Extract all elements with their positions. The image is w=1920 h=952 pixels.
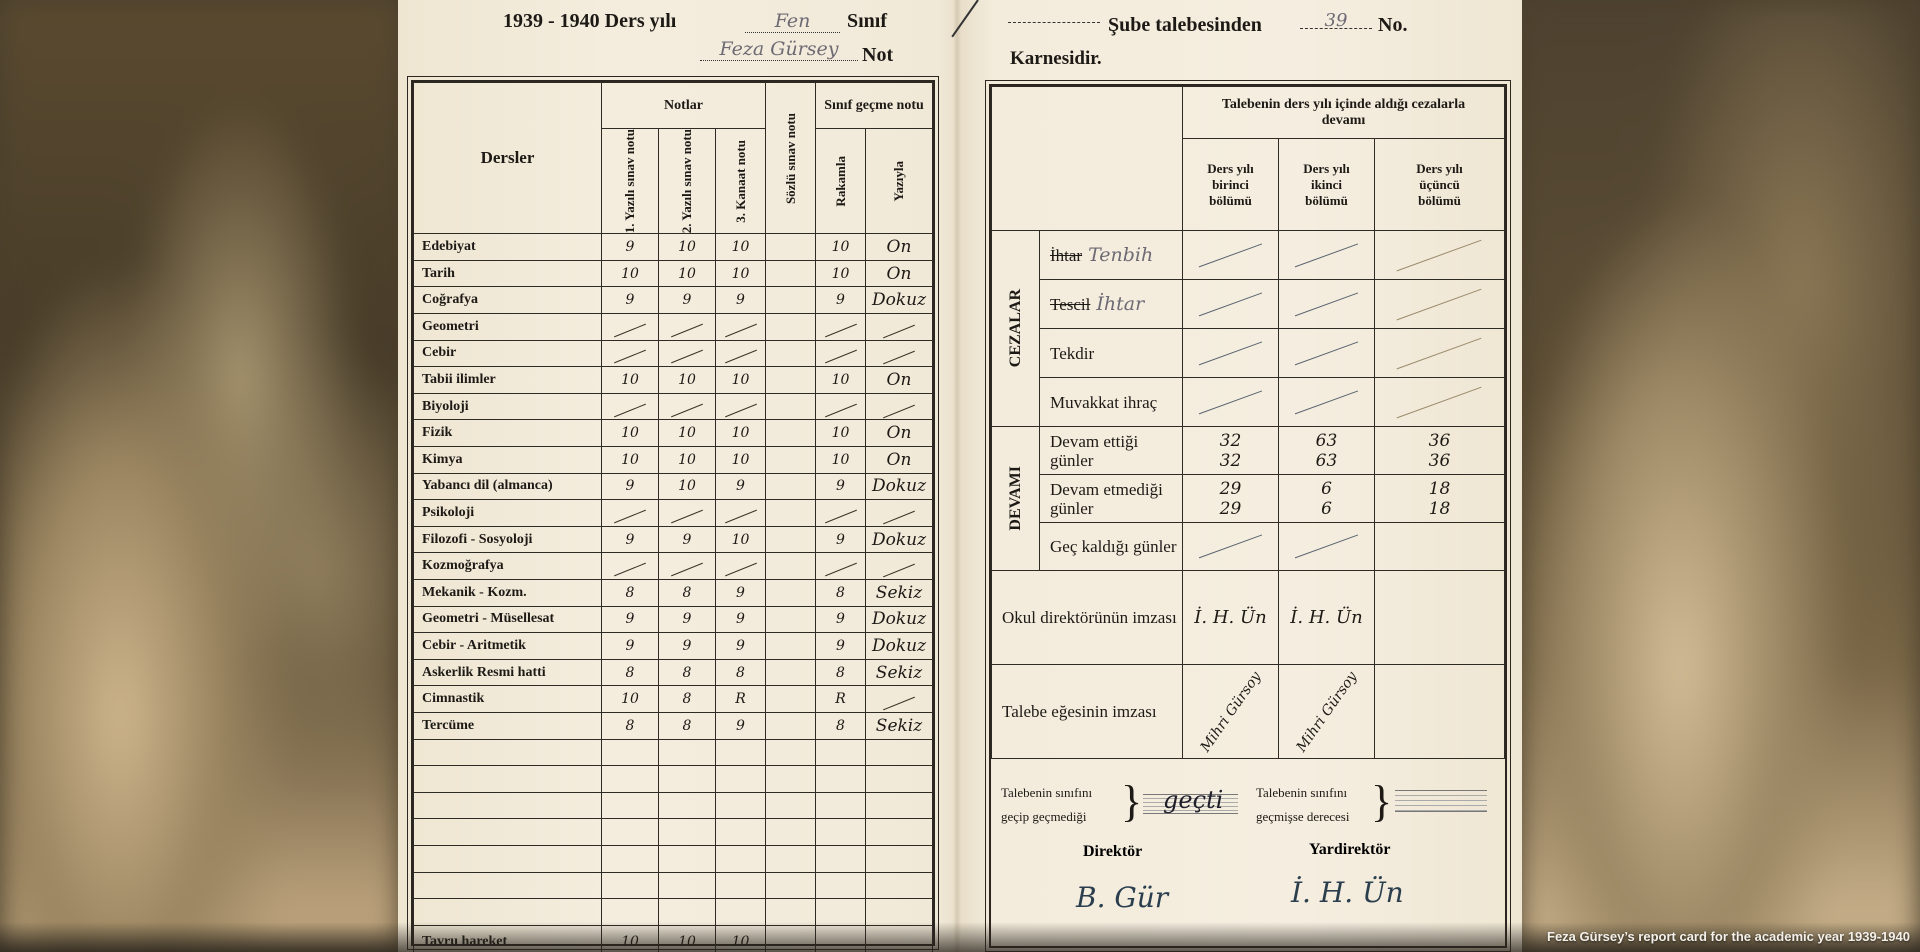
grades-table: Dersler Notlar Sözlü sınav notu Sınıf ge… xyxy=(411,80,935,946)
grade-y1: 9 xyxy=(602,234,659,261)
subject-name: Geometri xyxy=(414,314,602,341)
devami-section-label: DEVAMI xyxy=(992,427,1040,571)
penalty-cell xyxy=(1183,231,1279,280)
caption-text: Feza Gürsey’s report card for the academ… xyxy=(1547,929,1910,944)
grade-y2: 10 xyxy=(659,260,716,287)
parent-signature-2: Mihri Gürsoy xyxy=(1260,645,1392,778)
grade-sozlu xyxy=(766,606,816,633)
grade-y1: 8 xyxy=(602,659,659,686)
header-period-3: Ders yılı üçüncü bölümü xyxy=(1375,139,1505,231)
grade-y1: 10 xyxy=(602,420,659,447)
dash-mark xyxy=(883,351,915,365)
grade-yazi: On xyxy=(866,447,933,474)
grade-sozlu xyxy=(766,420,816,447)
dash-mark xyxy=(1199,535,1262,559)
dash-mark xyxy=(883,404,915,418)
grade-y1 xyxy=(602,553,659,580)
attendance-label: Devam etmediği günler xyxy=(1040,475,1183,523)
student-name-field: Feza Gürsey xyxy=(700,38,858,61)
subject-name: Cebir xyxy=(414,340,602,367)
grade-y1: 9 xyxy=(602,606,659,633)
attendance-row: Geç kaldığı günler xyxy=(992,523,1505,571)
dash-mark xyxy=(883,325,915,339)
grade-rakam: 10 xyxy=(816,367,866,394)
grade-kanaat: R xyxy=(716,686,766,713)
dash-mark xyxy=(1199,341,1262,365)
grade-sozlu xyxy=(766,712,816,739)
conduct-attendance-table: Talebenin ders yılı içinde aldığı cezala… xyxy=(989,84,1507,948)
dash-mark xyxy=(671,403,703,417)
director-signature-3 xyxy=(1375,571,1505,665)
dash-mark xyxy=(1397,337,1482,369)
empty-corner xyxy=(992,87,1183,231)
sube-label: Şube talebesinden xyxy=(1108,14,1262,37)
subject-name: Cebir - Aritmetik xyxy=(414,633,602,660)
dash-mark xyxy=(671,350,703,364)
attendance-value xyxy=(1375,523,1505,571)
dash-mark xyxy=(614,350,646,364)
grade-yazi xyxy=(866,314,933,341)
grade-kanaat xyxy=(716,393,766,420)
header-dersler: Dersler xyxy=(414,83,602,234)
grade-kanaat xyxy=(716,314,766,341)
grade-y1 xyxy=(602,340,659,367)
grade-y2 xyxy=(659,553,716,580)
grade-sozlu xyxy=(766,579,816,606)
grade-rakam: 9 xyxy=(816,287,866,314)
table-row: Fizik10101010On xyxy=(414,420,933,447)
dash-mark xyxy=(1295,243,1358,267)
subject-name: Yabancı dil (almanca) xyxy=(414,473,602,500)
header-yazili-1: 1. Yazılı sınav notu xyxy=(602,129,659,234)
grade-kanaat: 9 xyxy=(716,606,766,633)
header-sinif-gecme: Sınıf geçme notu xyxy=(816,83,933,129)
grade-y2: 10 xyxy=(659,234,716,261)
year-separator: - xyxy=(548,10,555,32)
grade-y1: 8 xyxy=(602,712,659,739)
penalty-row: Muvakkat ihraç xyxy=(992,378,1505,427)
grade-rakam: 10 xyxy=(816,260,866,287)
class-value: Fen xyxy=(775,10,811,32)
grade-y1: 10 xyxy=(602,367,659,394)
header-kanaat: 3. Kanaat notu xyxy=(716,129,766,234)
dash-mark xyxy=(1295,341,1358,365)
grade-rakam xyxy=(816,553,866,580)
attendance-label: Geç kaldığı günler xyxy=(1040,523,1183,571)
penalty-cell xyxy=(1183,329,1279,378)
subject-name: Edebiyat xyxy=(414,234,602,261)
grade-rakam xyxy=(816,340,866,367)
grade-y2: 8 xyxy=(659,579,716,606)
grade-y1: 10 xyxy=(602,686,659,713)
class-label: Sınıf xyxy=(847,10,887,33)
dash-mark xyxy=(825,350,857,364)
table-row: Tercüme8898Sekiz xyxy=(414,712,933,739)
table-row: Edebiyat9101010On xyxy=(414,234,933,261)
grade-yazi: On xyxy=(866,420,933,447)
caption-bar: Feza Gürsey’s report card for the academ… xyxy=(0,922,1920,952)
grade-kanaat: 10 xyxy=(716,447,766,474)
dash-mark xyxy=(883,511,915,525)
table-row: Biyoloji xyxy=(414,393,933,420)
dash-mark xyxy=(825,324,857,338)
grade-rakam: R xyxy=(816,686,866,713)
grade-y2: 10 xyxy=(659,367,716,394)
director-title: Direktör xyxy=(1083,843,1142,861)
grade-kanaat: 8 xyxy=(716,659,766,686)
table-row: Psikoloji xyxy=(414,500,933,527)
grade-y1 xyxy=(602,314,659,341)
grade-yazi: On xyxy=(866,260,933,287)
grade-rakam: 8 xyxy=(816,659,866,686)
grade-rakam: 10 xyxy=(816,447,866,474)
dash-mark xyxy=(1199,243,1262,267)
student-no-field: 39 xyxy=(1300,10,1372,29)
penalty-cell xyxy=(1375,231,1505,280)
penalty-cell xyxy=(1279,280,1375,329)
header-period-1: Ders yılı birinci bölümü xyxy=(1183,139,1279,231)
grade-rakam: 9 xyxy=(816,473,866,500)
pass-label: Talebenin sınıfınıgeçip geçmediği xyxy=(1001,781,1092,829)
dash-mark xyxy=(671,563,703,577)
penalty-label: İhtarTenbih xyxy=(1040,231,1183,280)
header-rakamla: Rakamla xyxy=(816,129,866,234)
subject-name: Geometri - Müsellesat xyxy=(414,606,602,633)
grade-yazi xyxy=(866,553,933,580)
grade-yazi: Dokuz xyxy=(866,606,933,633)
grade-yazi xyxy=(866,500,933,527)
dash-mark xyxy=(671,510,703,524)
director-signature-2: İ. H. Ün xyxy=(1279,571,1375,665)
penalty-row: Tescilİhtar xyxy=(992,280,1505,329)
grade-sozlu xyxy=(766,367,816,394)
grade-yazi: Sekiz xyxy=(866,712,933,739)
dash-mark xyxy=(725,403,757,417)
year-label: Ders yılı xyxy=(605,10,677,32)
grade-y2 xyxy=(659,500,716,527)
grade-y2: 10 xyxy=(659,447,716,474)
dash-mark xyxy=(614,403,646,417)
year-start: 1939 xyxy=(503,10,543,32)
penalty-label: Tescilİhtar xyxy=(1040,280,1183,329)
director-signature-label: Okul direktörünün imzası xyxy=(992,571,1183,665)
empty-row xyxy=(414,739,933,766)
empty-row xyxy=(414,766,933,793)
year-end: 1940 xyxy=(560,10,600,32)
grade-y2: 9 xyxy=(659,606,716,633)
grade-kanaat: 9 xyxy=(716,287,766,314)
penalty-row: CEZALARİhtarTenbih xyxy=(992,231,1505,280)
table-row: Tabii ilimler10101010On xyxy=(414,367,933,394)
vice-director-title: Yardirektör xyxy=(1309,841,1390,859)
dash-mark xyxy=(825,510,857,524)
subject-name: Askerlik Resmi hatti xyxy=(414,659,602,686)
grade-y2 xyxy=(659,340,716,367)
grade-yazi xyxy=(866,393,933,420)
header-main: Talebenin ders yılı içinde aldığı cezala… xyxy=(1183,87,1505,139)
penalty-cell xyxy=(1375,329,1505,378)
table-row: Tarih10101010On xyxy=(414,260,933,287)
header-period-2: Ders yılı ikinci bölümü xyxy=(1279,139,1375,231)
grade-y1: 9 xyxy=(602,287,659,314)
subject-name: Tercüme xyxy=(414,712,602,739)
subject-name: Cimnastik xyxy=(414,686,602,713)
grade-y2 xyxy=(659,314,716,341)
dash-mark xyxy=(671,324,703,338)
empty-row xyxy=(414,872,933,899)
grade-yazi: Dokuz xyxy=(866,526,933,553)
table-row: Cebir xyxy=(414,340,933,367)
subject-name: Psikoloji xyxy=(414,500,602,527)
grade-yazi xyxy=(866,340,933,367)
grade-kanaat: 10 xyxy=(716,234,766,261)
grade-sozlu xyxy=(766,393,816,420)
grade-sozlu xyxy=(766,686,816,713)
grade-y1: 8 xyxy=(602,579,659,606)
empty-row xyxy=(414,845,933,872)
penalty-cell xyxy=(1279,378,1375,427)
attendance-value: 66 xyxy=(1279,475,1375,523)
subject-name: Coğrafya xyxy=(414,287,602,314)
grade-rakam xyxy=(816,393,866,420)
attendance-value: 2929 xyxy=(1183,475,1279,523)
dash-mark xyxy=(725,324,757,338)
grade-sozlu xyxy=(766,526,816,553)
grade-y1: 9 xyxy=(602,473,659,500)
table-row: Geometri - Müsellesat9999Dokuz xyxy=(414,606,933,633)
student-no: 39 xyxy=(1325,10,1348,31)
grade-rakam: 8 xyxy=(816,712,866,739)
subject-name: Mekanik - Kozm. xyxy=(414,579,602,606)
vice-director-signature: İ. H. Ün xyxy=(1291,876,1404,909)
grade-rakam: 8 xyxy=(816,579,866,606)
grade-y1 xyxy=(602,500,659,527)
attendance-value: 3636 xyxy=(1375,427,1505,475)
grade-y2: 8 xyxy=(659,686,716,713)
subject-name: Tabii ilimler xyxy=(414,367,602,394)
grade-y2: 8 xyxy=(659,712,716,739)
academic-year: 1939 - 1940 Ders yılı xyxy=(503,10,676,33)
grade-yazi: Dokuz xyxy=(866,473,933,500)
page-fold xyxy=(953,0,961,952)
grade-kanaat: 10 xyxy=(716,420,766,447)
dash-mark xyxy=(825,403,857,417)
grade-rakam xyxy=(816,500,866,527)
penalty-cell xyxy=(1279,329,1375,378)
grade-sozlu xyxy=(766,340,816,367)
grade-kanaat xyxy=(716,340,766,367)
table-row: Filozofi - Sosyoloji99109Dokuz xyxy=(414,526,933,553)
director-signature: B. Gür xyxy=(1076,881,1168,914)
dash-mark xyxy=(614,324,646,338)
blurred-background-right xyxy=(1520,0,1920,952)
grade-y2: 10 xyxy=(659,420,716,447)
penalty-cell xyxy=(1375,280,1505,329)
dash-mark xyxy=(614,510,646,524)
grade-sozlu xyxy=(766,287,816,314)
class-field: Fen xyxy=(745,10,840,33)
attendance-value: 6363 xyxy=(1279,427,1375,475)
header-yazili-2: 2. Yazılı sınav notu xyxy=(659,129,716,234)
table-row: Kozmoğrafya xyxy=(414,553,933,580)
grade-y2: 9 xyxy=(659,633,716,660)
grade-rakam: 10 xyxy=(816,234,866,261)
pass-value: geçti xyxy=(1163,786,1223,814)
subject-name: Kozmoğrafya xyxy=(414,553,602,580)
table-row: Askerlik Resmi hatti8888Sekiz xyxy=(414,659,933,686)
grade-y2 xyxy=(659,393,716,420)
subject-name: Fizik xyxy=(414,420,602,447)
table-row: Mekanik - Kozm.8898Sekiz xyxy=(414,579,933,606)
student-name: Feza Gürsey xyxy=(720,38,839,60)
parent-signature-label: Talebe eğesinin imzası xyxy=(992,665,1183,759)
penalty-cell xyxy=(1375,378,1505,427)
grade-kanaat: 10 xyxy=(716,526,766,553)
empty-row xyxy=(414,819,933,846)
dash-mark xyxy=(725,510,757,524)
grade-yazi: On xyxy=(866,367,933,394)
dash-mark xyxy=(725,350,757,364)
grade-kanaat: 10 xyxy=(716,367,766,394)
subject-name: Tarih xyxy=(414,260,602,287)
empty-row xyxy=(414,792,933,819)
dash-mark xyxy=(1397,239,1482,271)
penalty-label: Muvakkat ihraç xyxy=(1040,378,1183,427)
dash-mark xyxy=(1295,535,1358,559)
dash-mark xyxy=(1397,288,1482,320)
attendance-row: Devam etmediği günler2929661818 xyxy=(992,475,1505,523)
degree-label: Talebenin sınıfınıgeçmişse derecesi xyxy=(1256,781,1349,829)
grade-y2: 8 xyxy=(659,659,716,686)
cezalar-section-label: CEZALAR xyxy=(992,231,1040,427)
grade-sozlu xyxy=(766,553,816,580)
dash-mark xyxy=(1199,390,1262,414)
dash-mark xyxy=(883,564,915,578)
grade-sozlu xyxy=(766,314,816,341)
grade-kanaat: 10 xyxy=(716,260,766,287)
grade-kanaat xyxy=(716,500,766,527)
grade-rakam: 9 xyxy=(816,606,866,633)
grade-y2: 9 xyxy=(659,287,716,314)
grade-yazi: Dokuz xyxy=(866,633,933,660)
subject-name: Filozofi - Sosyoloji xyxy=(414,526,602,553)
grade-y1: 10 xyxy=(602,447,659,474)
grade-kanaat: 9 xyxy=(716,633,766,660)
grade-yazi: On xyxy=(866,234,933,261)
penalty-cell xyxy=(1183,378,1279,427)
dash-mark xyxy=(883,697,915,711)
grade-rakam: 10 xyxy=(816,420,866,447)
grade-y1: 10 xyxy=(602,260,659,287)
attendance-value xyxy=(1279,523,1375,571)
grade-rakam: 9 xyxy=(816,633,866,660)
dash-mark xyxy=(725,563,757,577)
grade-y1 xyxy=(602,393,659,420)
grade-sozlu xyxy=(766,260,816,287)
grade-sozlu xyxy=(766,447,816,474)
table-row: Kimya10101010On xyxy=(414,447,933,474)
subject-name: Biyoloji xyxy=(414,393,602,420)
penalty-label: Tekdir xyxy=(1040,329,1183,378)
attendance-row: DEVAMIDevam ettiği günler323263633636 xyxy=(992,427,1505,475)
subject-name: Kimya xyxy=(414,447,602,474)
grade-y2: 10 xyxy=(659,473,716,500)
grade-y1: 9 xyxy=(602,526,659,553)
dash-mark xyxy=(614,563,646,577)
attendance-value: 3232 xyxy=(1183,427,1279,475)
dash-mark xyxy=(825,563,857,577)
brace-icon: } xyxy=(1121,776,1142,827)
table-row: Cimnastik108RR xyxy=(414,686,933,713)
grade-y2: 9 xyxy=(659,526,716,553)
no-label: No. xyxy=(1378,14,1407,37)
grade-sozlu xyxy=(766,633,816,660)
grade-rakam xyxy=(816,314,866,341)
grade-yazi: Sekiz xyxy=(866,579,933,606)
grade-yazi: Dokuz xyxy=(866,287,933,314)
table-row: Geometri xyxy=(414,314,933,341)
penalty-cell xyxy=(1183,280,1279,329)
grade-sozlu xyxy=(766,473,816,500)
header-yaziyla: Yazıyla xyxy=(866,129,933,234)
grade-yazi: Sekiz xyxy=(866,659,933,686)
not-label: Not xyxy=(862,44,893,67)
grade-kanaat: 9 xyxy=(716,712,766,739)
table-row: Cebir - Aritmetik9999Dokuz xyxy=(414,633,933,660)
grade-kanaat: 9 xyxy=(716,473,766,500)
attendance-value: 1818 xyxy=(1375,475,1505,523)
sube-field xyxy=(1008,22,1100,23)
dash-mark xyxy=(1199,292,1262,316)
table-row: Yabancı dil (almanca)91099Dokuz xyxy=(414,473,933,500)
grade-kanaat: 9 xyxy=(716,579,766,606)
penalty-row: Tekdir xyxy=(992,329,1505,378)
blurred-background-left xyxy=(0,0,400,952)
degree-lines xyxy=(1395,790,1487,812)
grade-yazi xyxy=(866,686,933,713)
director-signature-1: İ. H. Ün xyxy=(1183,571,1279,665)
brace-icon: } xyxy=(1371,776,1392,827)
attendance-value xyxy=(1183,523,1279,571)
header-notlar: Notlar xyxy=(602,83,766,129)
karnesidir-label: Karnesidir. xyxy=(1010,48,1102,70)
grade-sozlu xyxy=(766,500,816,527)
grade-rakam: 9 xyxy=(816,526,866,553)
table-row: Coğrafya9999Dokuz xyxy=(414,287,933,314)
header-sozlu: Sözlü sınav notu xyxy=(766,83,816,234)
attendance-label: Devam ettiği günler xyxy=(1040,427,1183,475)
dash-mark xyxy=(1397,386,1482,418)
grade-sozlu xyxy=(766,234,816,261)
grade-sozlu xyxy=(766,659,816,686)
grade-y1: 9 xyxy=(602,633,659,660)
grade-kanaat xyxy=(716,553,766,580)
parent-signature-3 xyxy=(1375,665,1505,759)
penalty-cell xyxy=(1279,231,1375,280)
dash-mark xyxy=(1295,292,1358,316)
dash-mark xyxy=(1295,390,1358,414)
